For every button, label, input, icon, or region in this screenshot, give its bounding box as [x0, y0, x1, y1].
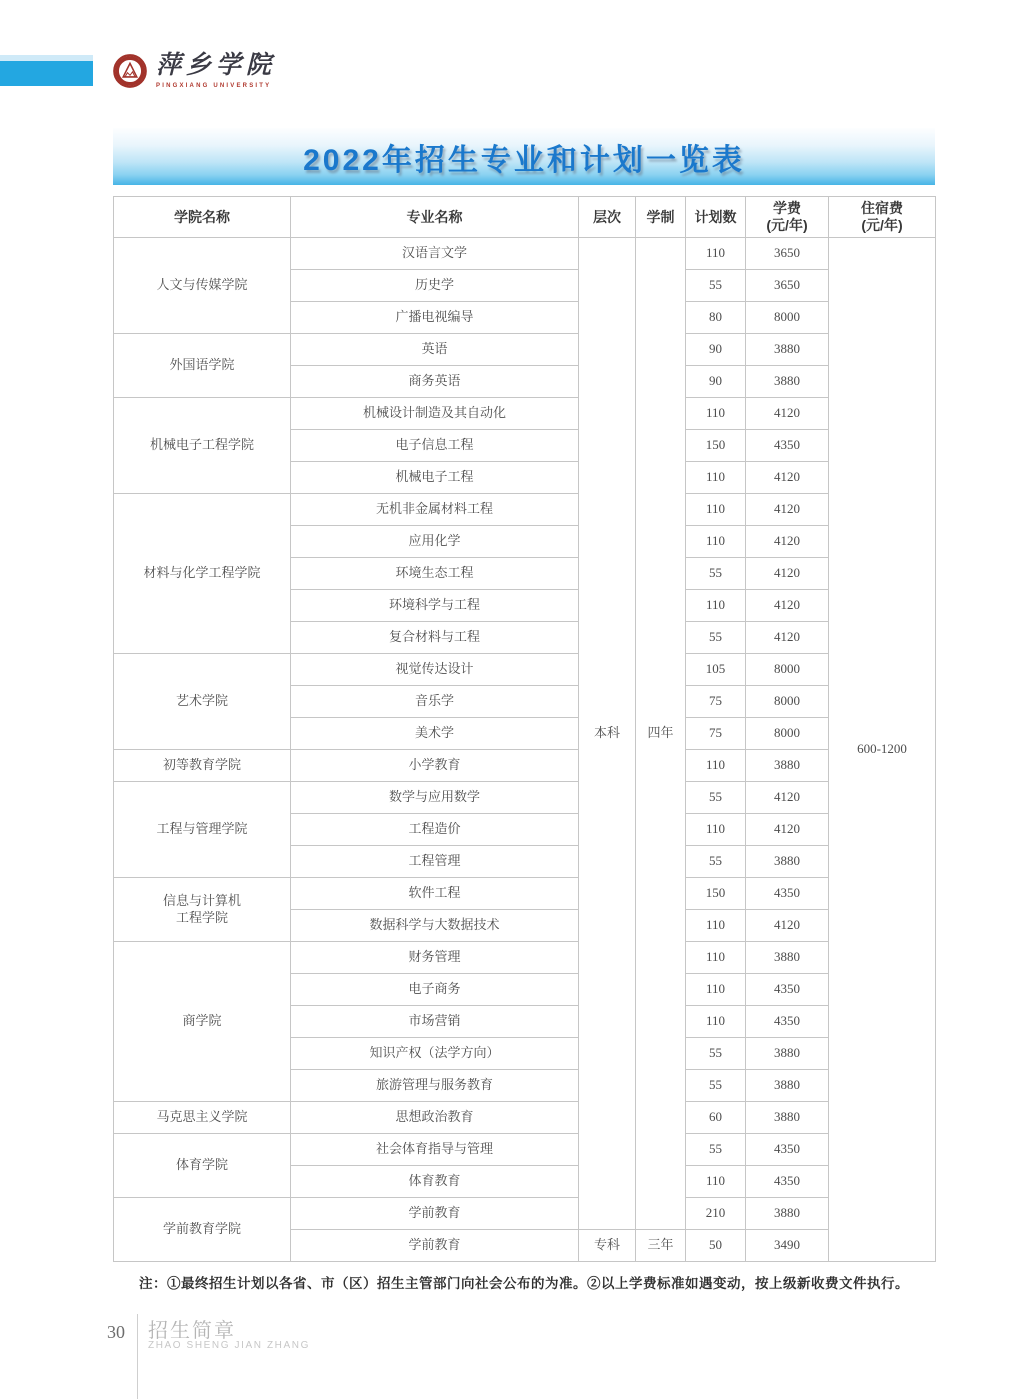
plan-cell: 55 — [686, 1070, 746, 1102]
tuition-cell: 4350 — [746, 878, 829, 910]
major-cell: 小学教育 — [291, 750, 579, 782]
plan-cell: 90 — [686, 334, 746, 366]
tuition-cell: 3880 — [746, 334, 829, 366]
major-cell: 学前教育 — [291, 1230, 579, 1262]
college-cell: 信息与计算机 工程学院 — [114, 878, 291, 942]
major-cell: 工程管理 — [291, 846, 579, 878]
page-banner: 2022年招生专业和计划一览表 — [113, 128, 935, 185]
university-brand: 萍乡学院 PINGXIANG UNIVERSITY — [113, 50, 276, 90]
major-cell: 历史学 — [291, 270, 579, 302]
major-cell: 软件工程 — [291, 878, 579, 910]
major-cell: 数学与应用数学 — [291, 782, 579, 814]
college-cell: 马克思主义学院 — [114, 1102, 291, 1134]
plan-cell: 75 — [686, 686, 746, 718]
major-cell: 英语 — [291, 334, 579, 366]
plan-cell: 110 — [686, 398, 746, 430]
university-name-block: 萍乡学院 PINGXIANG UNIVERSITY — [156, 50, 276, 89]
tuition-cell: 4120 — [746, 398, 829, 430]
major-cell: 应用化学 — [291, 526, 579, 558]
tuition-cell: 8000 — [746, 686, 829, 718]
footer-divider — [137, 1314, 138, 1399]
plan-cell: 110 — [686, 238, 746, 270]
plan-cell: 110 — [686, 462, 746, 494]
major-cell: 电子信息工程 — [291, 430, 579, 462]
accommodation-cell: 600-1200 — [829, 238, 936, 1262]
plan-cell: 60 — [686, 1102, 746, 1134]
column-header-4: 计划数 — [686, 197, 746, 238]
tuition-cell: 3650 — [746, 238, 829, 270]
major-cell: 旅游管理与服务教育 — [291, 1070, 579, 1102]
plan-cell: 55 — [686, 846, 746, 878]
table-row: 体育学院社会体育指导与管理554350 — [114, 1134, 936, 1166]
plan-cell: 55 — [686, 782, 746, 814]
brochure-title: 招生简章 — [148, 1314, 236, 1343]
plan-cell: 105 — [686, 654, 746, 686]
college-cell: 初等教育学院 — [114, 750, 291, 782]
tuition-cell: 4350 — [746, 1166, 829, 1198]
college-cell: 商学院 — [114, 942, 291, 1102]
college-cell: 学前教育学院 — [114, 1198, 291, 1262]
plan-cell: 80 — [686, 302, 746, 334]
tuition-cell: 4120 — [746, 590, 829, 622]
college-cell: 艺术学院 — [114, 654, 291, 750]
tuition-cell: 8000 — [746, 718, 829, 750]
banner-title: 2022年招生专业和计划一览表 — [303, 135, 745, 179]
plan-cell: 55 — [686, 622, 746, 654]
plan-cell: 110 — [686, 814, 746, 846]
plan-cell: 110 — [686, 910, 746, 942]
table-row: 机械电子工程学院机械设计制造及其自动化1104120 — [114, 398, 936, 430]
tuition-cell: 3880 — [746, 1198, 829, 1230]
table-row: 艺术学院视觉传达设计1058000 — [114, 654, 936, 686]
college-cell: 外国语学院 — [114, 334, 291, 398]
brochure-pinyin: ZHAO SHENG JIAN ZHANG — [148, 1340, 310, 1351]
table-row: 信息与计算机 工程学院软件工程1504350 — [114, 878, 936, 910]
college-cell: 工程与管理学院 — [114, 782, 291, 878]
plan-cell: 210 — [686, 1198, 746, 1230]
plan-cell: 55 — [686, 270, 746, 302]
plan-cell: 55 — [686, 1134, 746, 1166]
table-row: 人文与传媒学院汉语言文学本科四年1103650600-1200 — [114, 238, 936, 270]
plan-cell: 110 — [686, 942, 746, 974]
major-cell: 汉语言文学 — [291, 238, 579, 270]
major-cell: 知识产权（法学方向） — [291, 1038, 579, 1070]
tuition-cell: 3880 — [746, 1070, 829, 1102]
table-row: 工程与管理学院数学与应用数学554120 — [114, 782, 936, 814]
major-cell: 无机非金属材料工程 — [291, 494, 579, 526]
major-cell: 财务管理 — [291, 942, 579, 974]
tuition-cell: 8000 — [746, 654, 829, 686]
page: 萍乡学院 PINGXIANG UNIVERSITY 2022年招生专业和计划一览… — [0, 0, 1024, 1399]
table-row: 初等教育学院小学教育1103880 — [114, 750, 936, 782]
tuition-cell: 3880 — [746, 846, 829, 878]
column-header-6: 住宿费 (元/年) — [829, 197, 936, 238]
tuition-cell: 3880 — [746, 750, 829, 782]
tuition-cell: 4350 — [746, 974, 829, 1006]
plan-cell: 110 — [686, 590, 746, 622]
page-number: 30 — [101, 1322, 131, 1343]
major-cell: 广播电视编导 — [291, 302, 579, 334]
tuition-cell: 3880 — [746, 1102, 829, 1134]
major-cell: 机械电子工程 — [291, 462, 579, 494]
tuition-cell: 3490 — [746, 1230, 829, 1262]
plan-cell: 50 — [686, 1230, 746, 1262]
tuition-cell: 4120 — [746, 494, 829, 526]
tuition-cell: 3880 — [746, 942, 829, 974]
plan-cell: 110 — [686, 750, 746, 782]
plan-cell: 150 — [686, 430, 746, 462]
table-row: 外国语学院英语903880 — [114, 334, 936, 366]
tuition-cell: 4350 — [746, 1134, 829, 1166]
major-cell: 数据科学与大数据技术 — [291, 910, 579, 942]
major-cell: 工程造价 — [291, 814, 579, 846]
column-header-5: 学费 (元/年) — [746, 197, 829, 238]
tuition-cell: 4120 — [746, 910, 829, 942]
tuition-cell: 4120 — [746, 814, 829, 846]
plan-cell: 55 — [686, 558, 746, 590]
plan-table: 学院名称专业名称层次学制计划数学费 (元/年)住宿费 (元/年)人文与传媒学院汉… — [113, 196, 936, 1262]
major-cell: 美术学 — [291, 718, 579, 750]
major-cell: 学前教育 — [291, 1198, 579, 1230]
plan-cell: 110 — [686, 974, 746, 1006]
column-header-2: 层次 — [579, 197, 636, 238]
major-cell: 社会体育指导与管理 — [291, 1134, 579, 1166]
major-cell: 电子商务 — [291, 974, 579, 1006]
major-cell: 环境科学与工程 — [291, 590, 579, 622]
university-name: 萍乡学院 — [156, 50, 276, 82]
plan-table-wrap: 学院名称专业名称层次学制计划数学费 (元/年)住宿费 (元/年)人文与传媒学院汉… — [113, 196, 935, 1262]
tuition-cell: 4350 — [746, 430, 829, 462]
table-row: 材料与化学工程学院无机非金属材料工程1104120 — [114, 494, 936, 526]
plan-cell: 110 — [686, 1006, 746, 1038]
tuition-cell: 3880 — [746, 366, 829, 398]
plan-cell: 110 — [686, 494, 746, 526]
plan-cell: 90 — [686, 366, 746, 398]
tuition-cell: 8000 — [746, 302, 829, 334]
duration-cell: 四年 — [636, 238, 686, 1230]
tuition-cell: 4120 — [746, 558, 829, 590]
tuition-cell: 4120 — [746, 622, 829, 654]
college-cell: 机械电子工程学院 — [114, 398, 291, 494]
college-cell: 体育学院 — [114, 1134, 291, 1198]
left-accent-bar — [0, 61, 93, 86]
major-cell: 视觉传达设计 — [291, 654, 579, 686]
plan-cell: 75 — [686, 718, 746, 750]
major-cell: 商务英语 — [291, 366, 579, 398]
tuition-cell: 4350 — [746, 1006, 829, 1038]
plan-cell: 110 — [686, 526, 746, 558]
column-header-0: 学院名称 — [114, 197, 291, 238]
plan-cell: 110 — [686, 1166, 746, 1198]
table-row: 学前教育学院学前教育2103880 — [114, 1198, 936, 1230]
plan-cell: 150 — [686, 878, 746, 910]
duration-cell: 三年 — [636, 1230, 686, 1262]
plan-cell: 55 — [686, 1038, 746, 1070]
level-cell: 专科 — [579, 1230, 636, 1262]
major-cell: 市场营销 — [291, 1006, 579, 1038]
tuition-cell: 4120 — [746, 782, 829, 814]
major-cell: 音乐学 — [291, 686, 579, 718]
tuition-cell: 3650 — [746, 270, 829, 302]
major-cell: 机械设计制造及其自动化 — [291, 398, 579, 430]
major-cell: 思想政治教育 — [291, 1102, 579, 1134]
column-header-3: 学制 — [636, 197, 686, 238]
note-text: 注：①最终招生计划以各省、市（区）招生主管部门向社会公布的为准。②以上学费标准如… — [113, 1272, 935, 1292]
table-row: 商学院财务管理1103880 — [114, 942, 936, 974]
tuition-cell: 3880 — [746, 1038, 829, 1070]
tuition-cell: 4120 — [746, 462, 829, 494]
college-cell: 人文与传媒学院 — [114, 238, 291, 334]
table-row: 马克思主义学院思想政治教育603880 — [114, 1102, 936, 1134]
university-seal-icon — [113, 52, 147, 90]
tuition-cell: 4120 — [746, 526, 829, 558]
university-name-en: PINGXIANG UNIVERSITY — [156, 83, 276, 89]
level-cell: 本科 — [579, 238, 636, 1230]
college-cell: 材料与化学工程学院 — [114, 494, 291, 654]
column-header-1: 专业名称 — [291, 197, 579, 238]
major-cell: 环境生态工程 — [291, 558, 579, 590]
major-cell: 复合材料与工程 — [291, 622, 579, 654]
table-header-row: 学院名称专业名称层次学制计划数学费 (元/年)住宿费 (元/年) — [114, 197, 936, 238]
major-cell: 体育教育 — [291, 1166, 579, 1198]
